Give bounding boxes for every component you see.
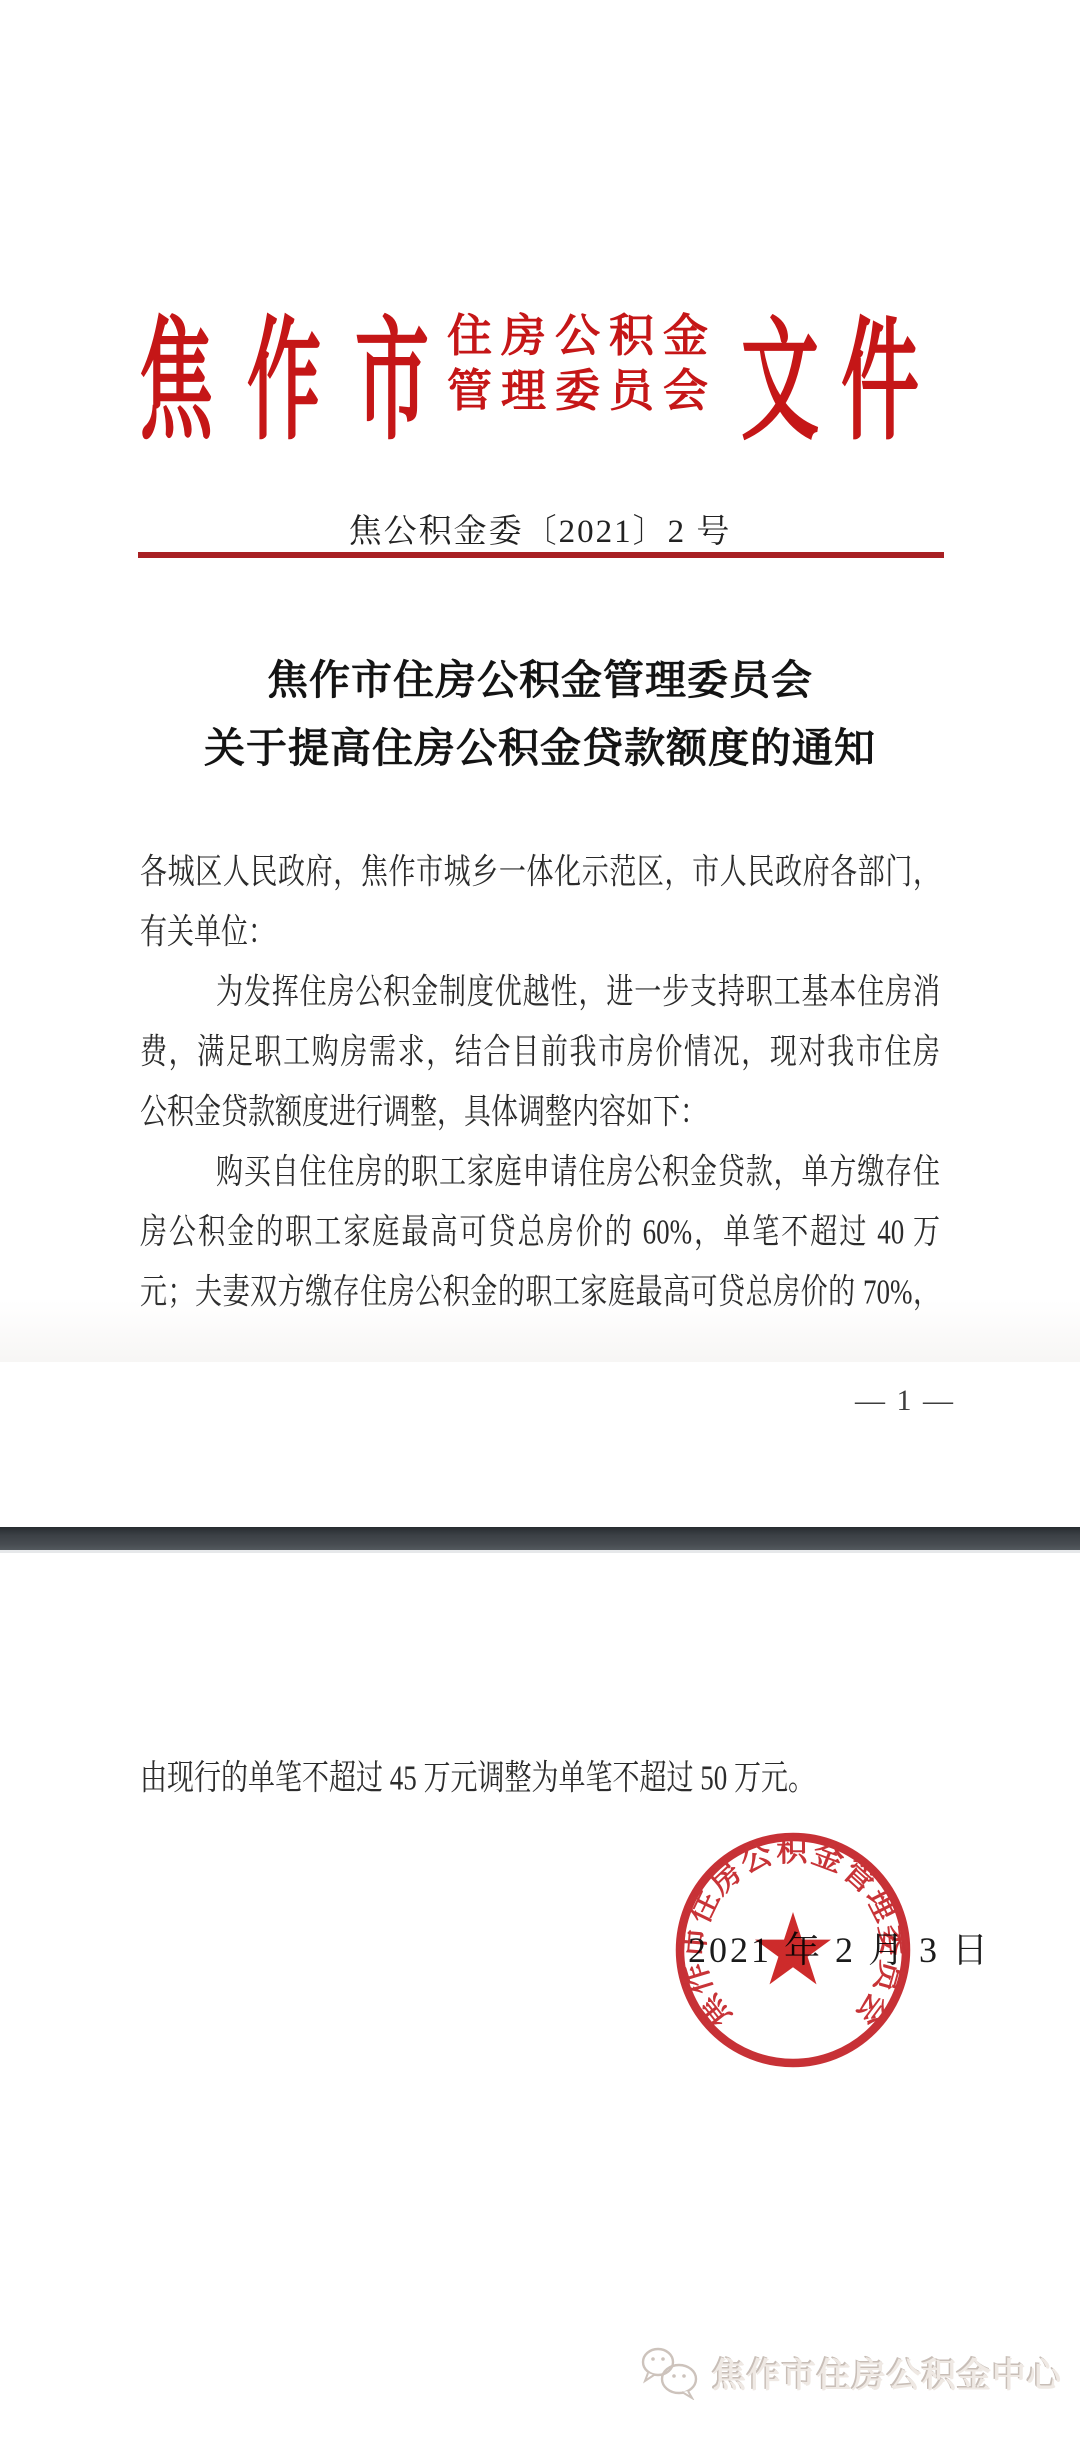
letterhead-doc-word: 文件: [741, 276, 941, 466]
footer-label: 焦作市住房公积金中心: [712, 2348, 1062, 2397]
page1-bottom-shade: [0, 1300, 1080, 1362]
letterhead-city: 焦作市: [139, 276, 463, 467]
page-separator: [0, 1527, 1080, 1553]
doc-title-line1: 焦作市住房公积金管理委员会: [140, 646, 940, 714]
document-page: 焦作市 住房公积金 管理委员会 文件 焦公积金委〔2021〕2 号 焦作市住房公…: [0, 0, 1080, 2441]
letterhead-org-line1: 住房公积金: [447, 309, 717, 364]
letterhead-org-line2: 管理委员会: [447, 364, 717, 419]
doc-title-line2: 关于提高住房公积金贷款额度的通知: [140, 714, 940, 782]
page1-body: 各城区人民政府，焦作市城乡一体化示范区，市人民政府各部门， 有关单位： 为发挥住…: [140, 842, 940, 1322]
red-divider: [138, 552, 944, 558]
doc-number: 焦公积金委〔2021〕2 号: [0, 510, 1080, 554]
letterhead-org-stack: 住房公积金 管理委员会: [447, 309, 717, 419]
seal-star-icon: [755, 1912, 831, 1984]
doc-title: 焦作市住房公积金管理委员会 关于提高住房公积金贷款额度的通知: [140, 646, 940, 782]
footer: 焦作市住房公积金中心: [638, 2344, 1062, 2400]
page-number: — 1 —: [855, 1384, 955, 1418]
wechat-icon: [638, 2344, 704, 2400]
letterhead: 焦作市 住房公积金 管理委员会 文件: [0, 296, 1080, 446]
official-seal: 焦作市住房公积金管理委员会: [671, 1828, 915, 2072]
page2-body-line: 由现行的单笔不超过 45 万元调整为单笔不超过 50 万元。: [140, 1739, 815, 1817]
